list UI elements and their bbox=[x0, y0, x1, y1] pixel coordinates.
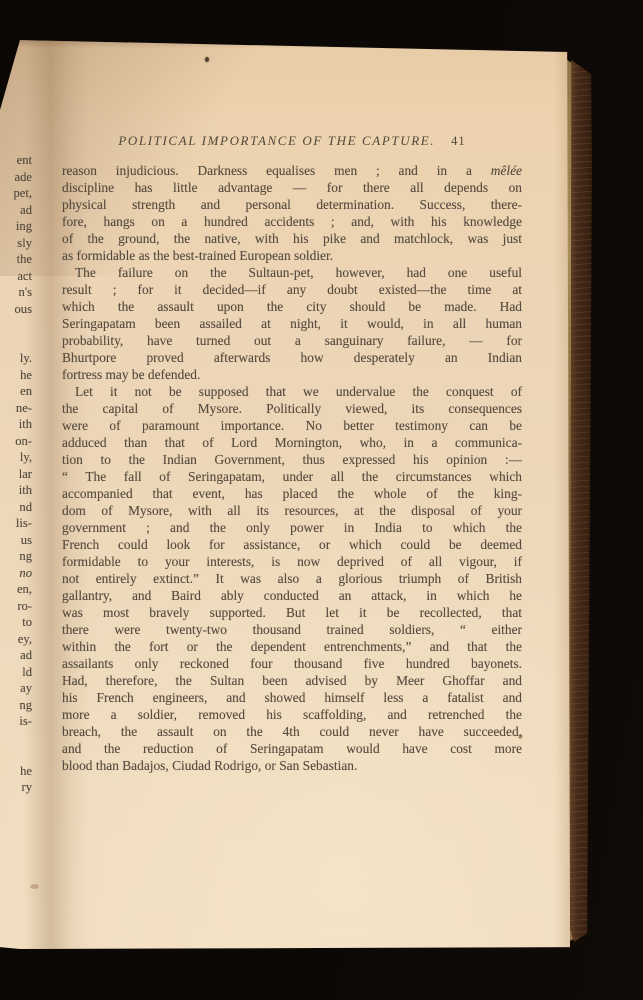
text-line: fore, hangs on a hundred accidents ; and… bbox=[62, 213, 522, 230]
text-line: result ; for it decided—if any doubt exi… bbox=[62, 281, 522, 298]
text-line: fortress may be defended. bbox=[62, 366, 522, 383]
text-line: were of paramount importance. No better … bbox=[62, 417, 522, 434]
paragraph-2: The failure on the Sultaun-pet, however,… bbox=[62, 264, 522, 383]
text-line: blood than Badajos, Ciudad Rodrigo, or S… bbox=[62, 757, 522, 774]
left-page-line-fragment: on- bbox=[0, 433, 35, 450]
left-page-line-fragment bbox=[0, 730, 35, 747]
left-page-line-fragment: us bbox=[0, 532, 35, 549]
book-page: POLITICAL IMPORTANCE OF THE CAPTURE.41 r… bbox=[0, 36, 570, 949]
text-line: adduced than that of Lord Mornington, wh… bbox=[62, 434, 522, 451]
text-line: Seringapatam been assailed at night, it … bbox=[62, 315, 522, 332]
left-page-line-fragment: nd bbox=[0, 499, 35, 516]
left-page-line-fragment: ro- bbox=[0, 598, 35, 615]
page-speck bbox=[205, 57, 209, 62]
text-line: and the reduction of Seringapatam would … bbox=[62, 740, 522, 757]
left-page-line-fragment: no bbox=[0, 565, 35, 582]
left-page-line-fragment: lar bbox=[0, 466, 35, 483]
running-head: POLITICAL IMPORTANCE OF THE CAPTURE.41 bbox=[62, 132, 522, 150]
text-line: of the ground, the native, with his pike… bbox=[62, 230, 522, 247]
text-line: formidable to your interests, is now dep… bbox=[62, 553, 522, 570]
text-line: assailants only reckoned four thousand f… bbox=[62, 655, 522, 672]
text-line: which the assault upon the city should b… bbox=[62, 298, 522, 315]
left-page-line-fragment: he bbox=[0, 367, 35, 384]
left-page-line-fragment: ld bbox=[0, 664, 35, 681]
text-line: accompanied that event, has placed the w… bbox=[62, 485, 522, 502]
left-page-line-fragment: the bbox=[0, 251, 35, 268]
left-page-line-fragment: ey, bbox=[0, 631, 35, 648]
text-line: gallantry, and Baird ably conducted an a… bbox=[62, 587, 522, 604]
left-page-line-fragment: lis- bbox=[0, 515, 35, 532]
left-page-line-fragment: ly. bbox=[0, 350, 35, 367]
text-line: physical strength and personal determina… bbox=[62, 196, 522, 213]
left-page-line-fragment: ry bbox=[0, 779, 35, 796]
text-line: probability, have turned out a sanguinar… bbox=[62, 332, 522, 349]
text-line: discipline has little advantage — for th… bbox=[62, 179, 522, 196]
text-line: Had, therefore, the Sultan been advised … bbox=[62, 672, 522, 689]
paragraph-3: Let it not be supposed that we undervalu… bbox=[62, 383, 522, 774]
left-page-line-fragment: he bbox=[0, 763, 35, 780]
text-line: his French engineers, and showed himself… bbox=[62, 689, 522, 706]
left-page-line-fragment bbox=[0, 746, 35, 763]
text-line: The failure on the Sultaun-pet, however,… bbox=[62, 264, 522, 281]
left-page-line-fragment: sly bbox=[0, 235, 35, 252]
text-line: Let it not be supposed that we undervalu… bbox=[62, 383, 522, 400]
left-page-line-fragment: act bbox=[0, 268, 35, 285]
left-page-line-fragment: ad bbox=[0, 202, 35, 219]
left-page-line-fragment bbox=[0, 317, 35, 334]
text-run: reason injudicious. Darkness equalises m… bbox=[62, 163, 491, 178]
text-line: Bhurtpore proved afterwards how desperat… bbox=[62, 349, 522, 366]
left-page-line-fragment: en, bbox=[0, 581, 35, 598]
text-line: there were twenty-two thousand trained s… bbox=[62, 621, 522, 638]
left-page-line-fragment: ay bbox=[0, 680, 35, 697]
left-page-line-fragment: ng bbox=[0, 548, 35, 565]
text-line: the capital of Mysore. Politically viewe… bbox=[62, 400, 522, 417]
left-page-line-fragment: ne- bbox=[0, 400, 35, 417]
book-photo: POLITICAL IMPORTANCE OF THE CAPTURE.41 r… bbox=[0, 0, 643, 1000]
text-line: “ The fall of Seringapatam, under all th… bbox=[62, 468, 522, 485]
text-line: reason injudicious. Darkness equalises m… bbox=[62, 162, 522, 179]
paragraph-1: reason injudicious. Darkness equalises m… bbox=[62, 162, 522, 264]
left-page-line-fragment: ith bbox=[0, 482, 35, 499]
text-block: reason injudicious. Darkness equalises m… bbox=[62, 162, 522, 774]
left-page-line-fragment bbox=[0, 334, 35, 351]
text-line: as formidable as the best-trained Europe… bbox=[62, 247, 522, 264]
text-line: was most bravely supported. But let it b… bbox=[62, 604, 522, 621]
left-page-line-fragment: to bbox=[0, 614, 35, 631]
left-page-line-fragment: n's bbox=[0, 284, 35, 301]
text-line: tion to the Indian Government, thus expr… bbox=[62, 451, 522, 468]
text-line: breach, the assault on the 4th could nev… bbox=[62, 723, 522, 740]
text-line: government ; and the only power in India… bbox=[62, 519, 522, 536]
text-line: not entirely extinct.” It was also a glo… bbox=[62, 570, 522, 587]
text-line: French could look for assistance, or whi… bbox=[62, 536, 522, 553]
italic-word: mêlée bbox=[491, 163, 522, 178]
left-page-edge: ent ade pet, ad ing sly the act n's ous … bbox=[0, 152, 35, 796]
left-page-line-fragment: ous bbox=[0, 301, 35, 318]
text-line: more a soldier, removed his scaffolding,… bbox=[62, 706, 522, 723]
left-page-line-fragment: en bbox=[0, 383, 35, 400]
left-page-line-fragment: ent bbox=[0, 152, 35, 169]
left-page-line-fragment: ng bbox=[0, 697, 35, 714]
page-number: 41 bbox=[451, 134, 466, 148]
left-page-line-fragment: is- bbox=[0, 713, 35, 730]
left-page-line-fragment: ly, bbox=[0, 449, 35, 466]
left-page-line-fragment: ad bbox=[0, 647, 35, 664]
left-page-line-fragment: ade bbox=[0, 169, 35, 186]
text-line: dom of Mysore, with all its resources, a… bbox=[62, 502, 522, 519]
text-line: within the fort or the dependent entrenc… bbox=[62, 638, 522, 655]
page-speck bbox=[30, 884, 39, 889]
running-head-title: POLITICAL IMPORTANCE OF THE CAPTURE. bbox=[118, 133, 435, 148]
left-page-line-fragment: ing bbox=[0, 218, 35, 235]
left-page-line-fragment: pet, bbox=[0, 185, 35, 202]
cover-edge bbox=[570, 60, 592, 942]
left-page-line-fragment: ith bbox=[0, 416, 35, 433]
